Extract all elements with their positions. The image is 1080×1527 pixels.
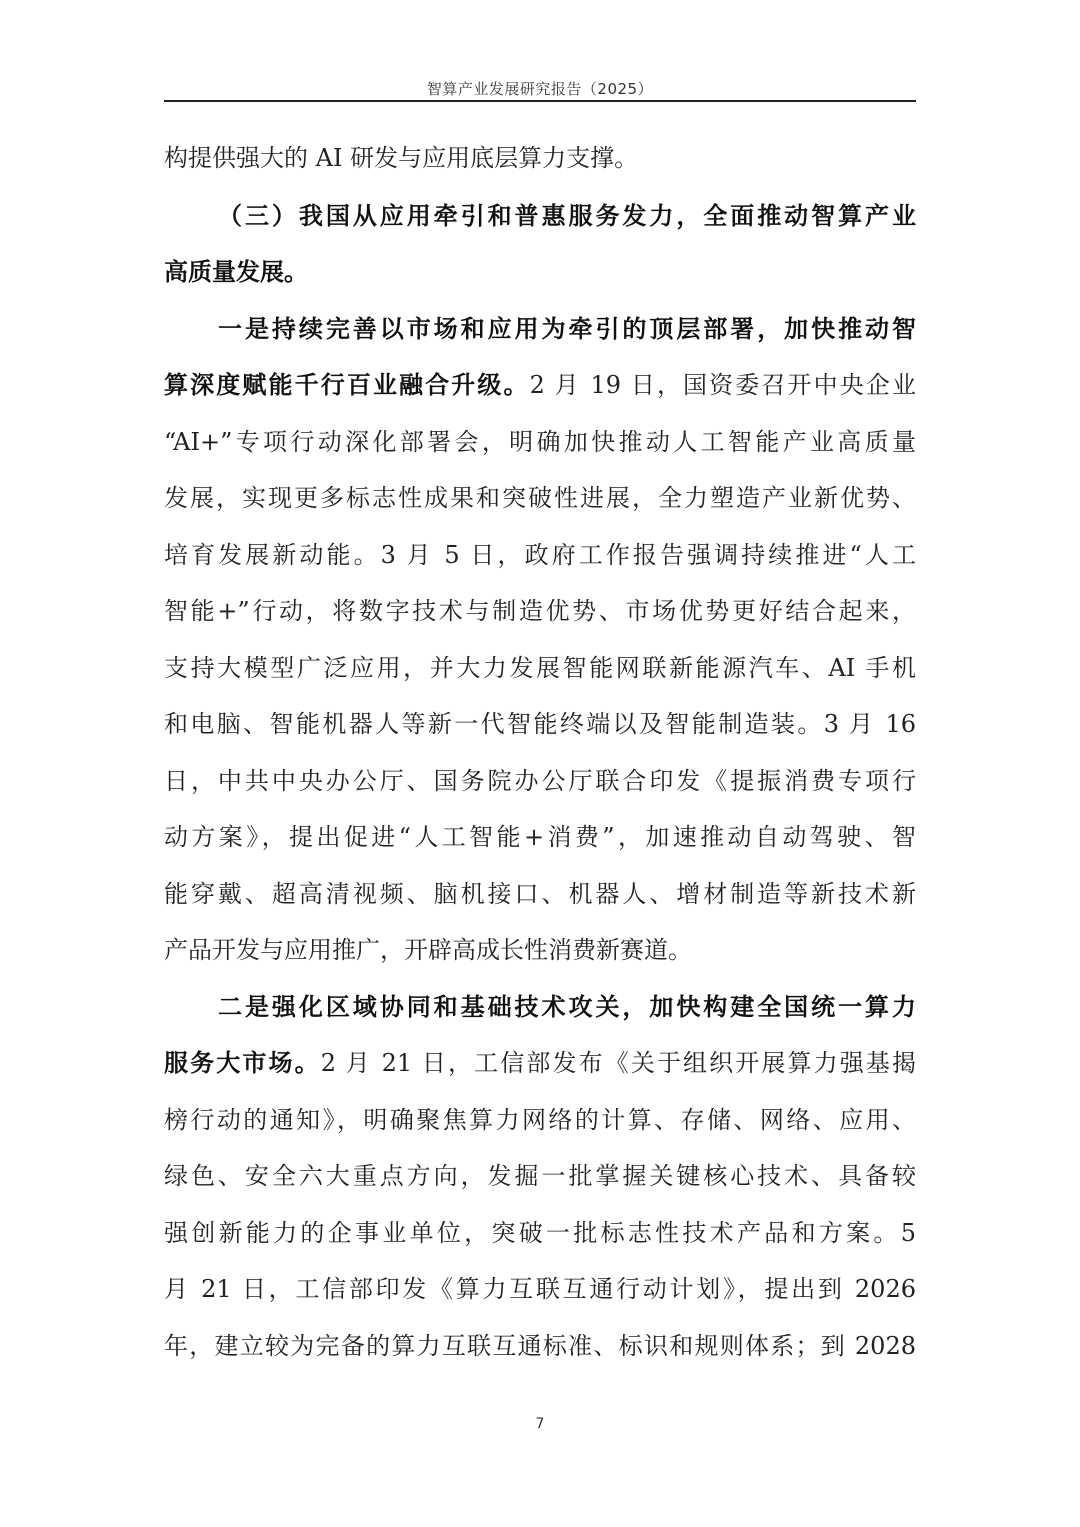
body-line: 产品开发与应用推广，开辟高成长性消费新赛道。 — [164, 934, 916, 966]
body-line: 智能+”行动，将数字技术与制造优势、市场优势更好结合起来， — [164, 595, 916, 627]
section-heading-line: （三）我国从应用牵引和普惠服务发力，全面推动智算产业 — [164, 200, 916, 232]
body-line: 绿色、安全六大重点方向，发掘一批掌握关键核心技术、具备较 — [164, 1160, 916, 1192]
running-header-title: 智算产业发展研究报告（2025） — [164, 78, 916, 99]
paragraph-lead-line: 一是持续完善以市场和应用为牵引的顶层部署，加快推动智 — [164, 313, 916, 345]
body-line: 和电脑、智能机器人等新一代智能终端以及智能制造装。3 月 16 — [164, 708, 916, 740]
body-line: 月 21 日，工信部印发《算力互联互通行动计划》，提出到 2026 — [164, 1273, 916, 1305]
body-line: 强创新能力的企事业单位，突破一批标志性技术产品和方案。5 — [164, 1217, 916, 1249]
body-line: 动方案》，提出促进“人工智能+消费”，加速推动自动驾驶、智 — [164, 821, 916, 853]
body-line: 构提供强大的 AI 研发与应用底层算力支撑。 — [164, 142, 916, 174]
document-page: 智算产业发展研究报告（2025） 构提供强大的 AI 研发与应用底层算力支撑。 … — [0, 0, 1080, 1527]
body-line: 年，建立较为完备的算力互联互通标准、标识和规则体系；到 2028 — [164, 1330, 916, 1362]
paragraph-lead-line: 服务大市场。2 月 21 日，工信部发布《关于组织开展算力强基揭 — [164, 1047, 916, 1079]
section-heading-line: 高质量发展。 — [164, 256, 916, 288]
body-line: 支持大模型广泛应用，并大力发展智能网联新能源汽车、AI 手机 — [164, 652, 916, 684]
body-line: 日，中共中央办公厅、国务院办公厅联合印发《提振消费专项行 — [164, 765, 916, 797]
body-line: “AI+”专项行动深化部署会，明确加快推动人工智能产业高质量 — [164, 426, 916, 458]
paragraph-lead-line: 算深度赋能千行百业融合升级。2 月 19 日，国资委召开中央企业 — [164, 369, 916, 401]
body-line: 发展，实现更多标志性成果和突破性进展，全力塑造产业新优势、 — [164, 482, 916, 514]
page-number: 7 — [0, 1416, 1080, 1432]
body-line: 培育发展新动能。3 月 5 日，政府工作报告强调持续推进“人工 — [164, 539, 916, 571]
header-divider — [164, 100, 916, 102]
paragraph-lead-line: 二是强化区域协同和基础技术攻关，加快构建全国统一算力 — [164, 991, 916, 1023]
body-line: 榜行动的通知》，明确聚焦算力网络的计算、存储、网络、应用、 — [164, 1104, 916, 1136]
body-line: 能穿戴、超高清视频、脑机接口、机器人、增材制造等新技术新 — [164, 878, 916, 910]
